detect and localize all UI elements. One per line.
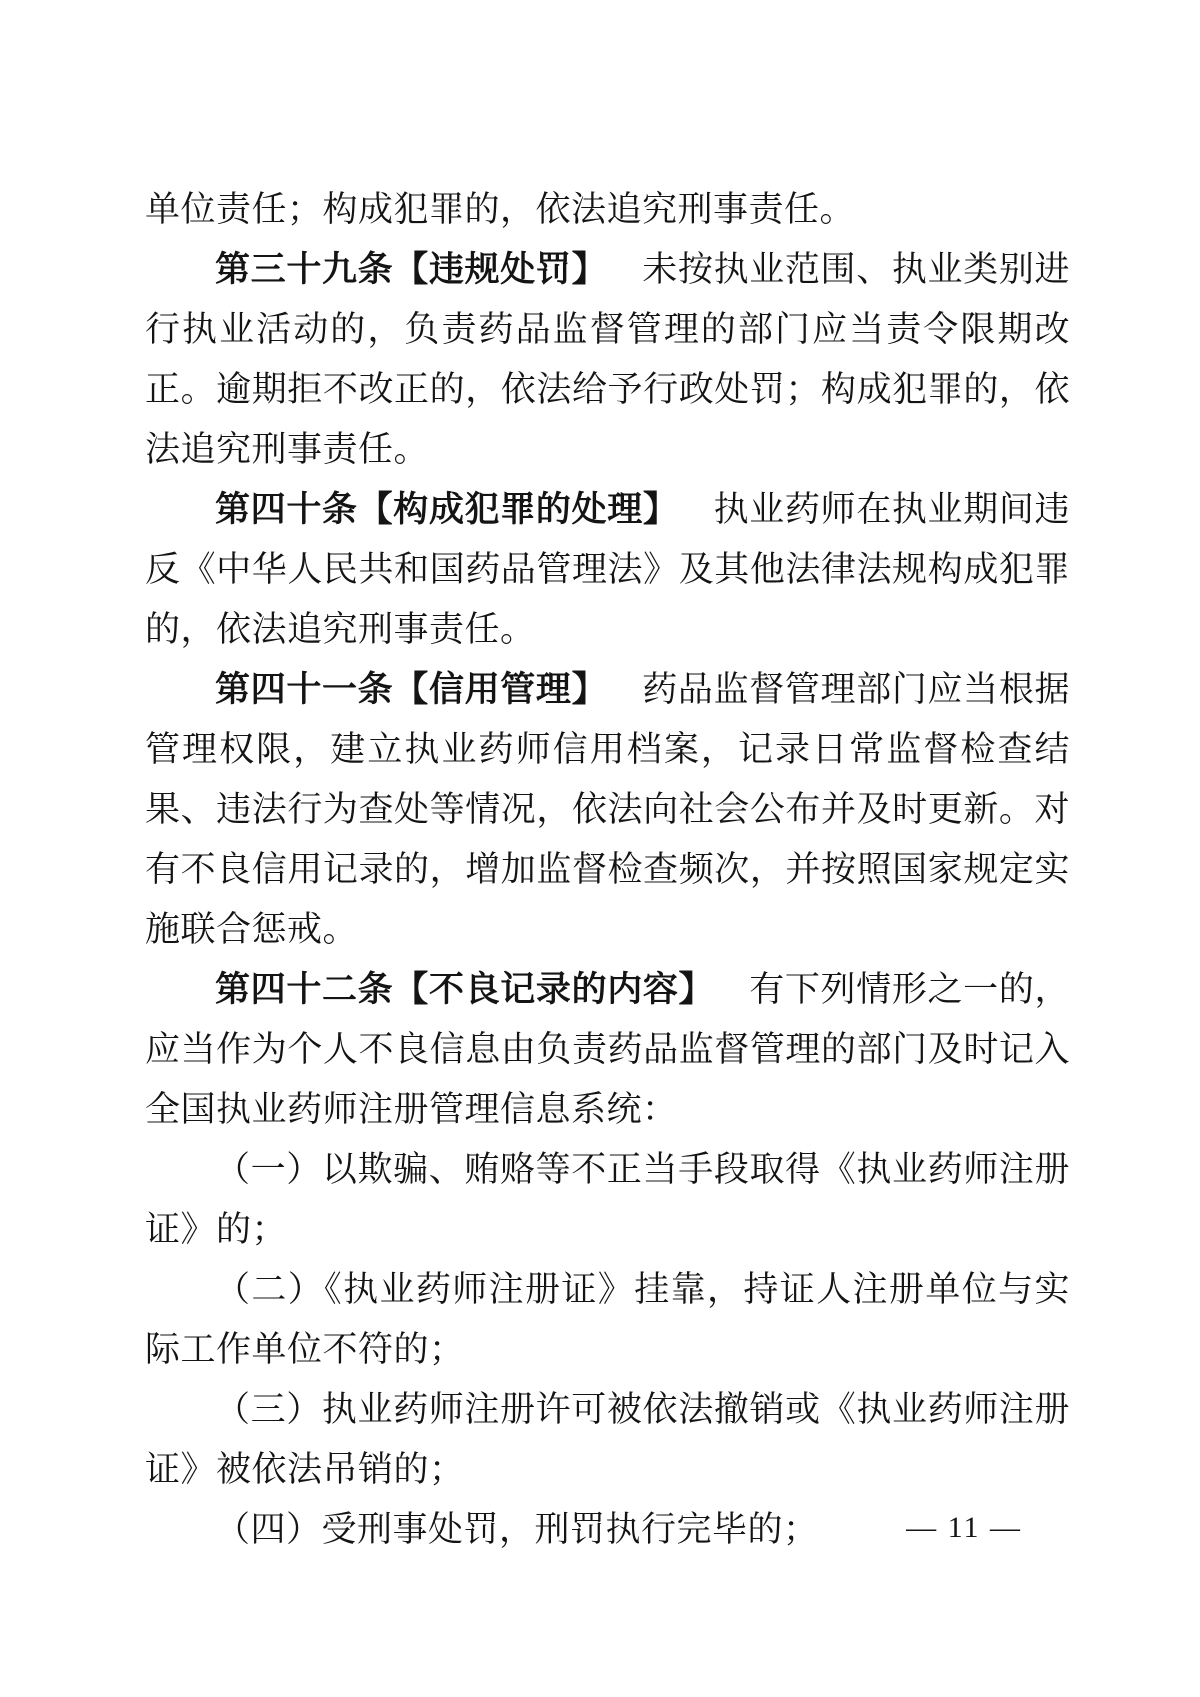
article-39-heading: 第三十九条【违规处罚】 (215, 250, 642, 289)
article-41-body-text: 药品监督管理部门应当根据管理权限，建立执业药师信用档案，记录日常监督检查结果、违… (145, 670, 1070, 949)
article-42-heading: 第四十二条【不良记录的内容】 (215, 970, 749, 1009)
article-40-heading: 第四十条【构成犯罪的处理】 (215, 490, 714, 529)
article-39-paragraph: 第三十九条【违规处罚】未按执业范围、执业类别进行执业活动的，负责药品监督管理的部… (145, 240, 1070, 480)
document-text-content: 单位责任；构成犯罪的，依法追究刑事责任。 第三十九条【违规处罚】未按执业范围、执… (145, 180, 1070, 1560)
list-item-3: （三）执业药师注册许可被依法撤销或《执业药师注册证》被依法吊销的； (145, 1380, 1070, 1500)
page-number: — 11 — (906, 1508, 1022, 1548)
article-40-paragraph: 第四十条【构成犯罪的处理】执业药师在执业期间违反《中华人民共和国药品管理法》及其… (145, 480, 1070, 660)
paragraph-continuation: 单位责任；构成犯罪的，依法追究刑事责任。 (145, 180, 1070, 240)
list-item-2: （二）《执业药师注册证》挂靠，持证人注册单位与实际工作单位不符的； (145, 1260, 1070, 1380)
article-41-heading: 第四十一条【信用管理】 (215, 670, 642, 709)
document-page: 单位责任；构成犯罪的，依法追究刑事责任。 第三十九条【违规处罚】未按执业范围、执… (0, 0, 1200, 1697)
article-42-paragraph: 第四十二条【不良记录的内容】有下列情形之一的，应当作为个人不良信息由负责药品监督… (145, 960, 1070, 1140)
list-item-1: （一）以欺骗、贿赂等不正当手段取得《执业药师注册证》的； (145, 1140, 1070, 1260)
article-41-paragraph: 第四十一条【信用管理】药品监督管理部门应当根据管理权限，建立执业药师信用档案，记… (145, 660, 1070, 960)
